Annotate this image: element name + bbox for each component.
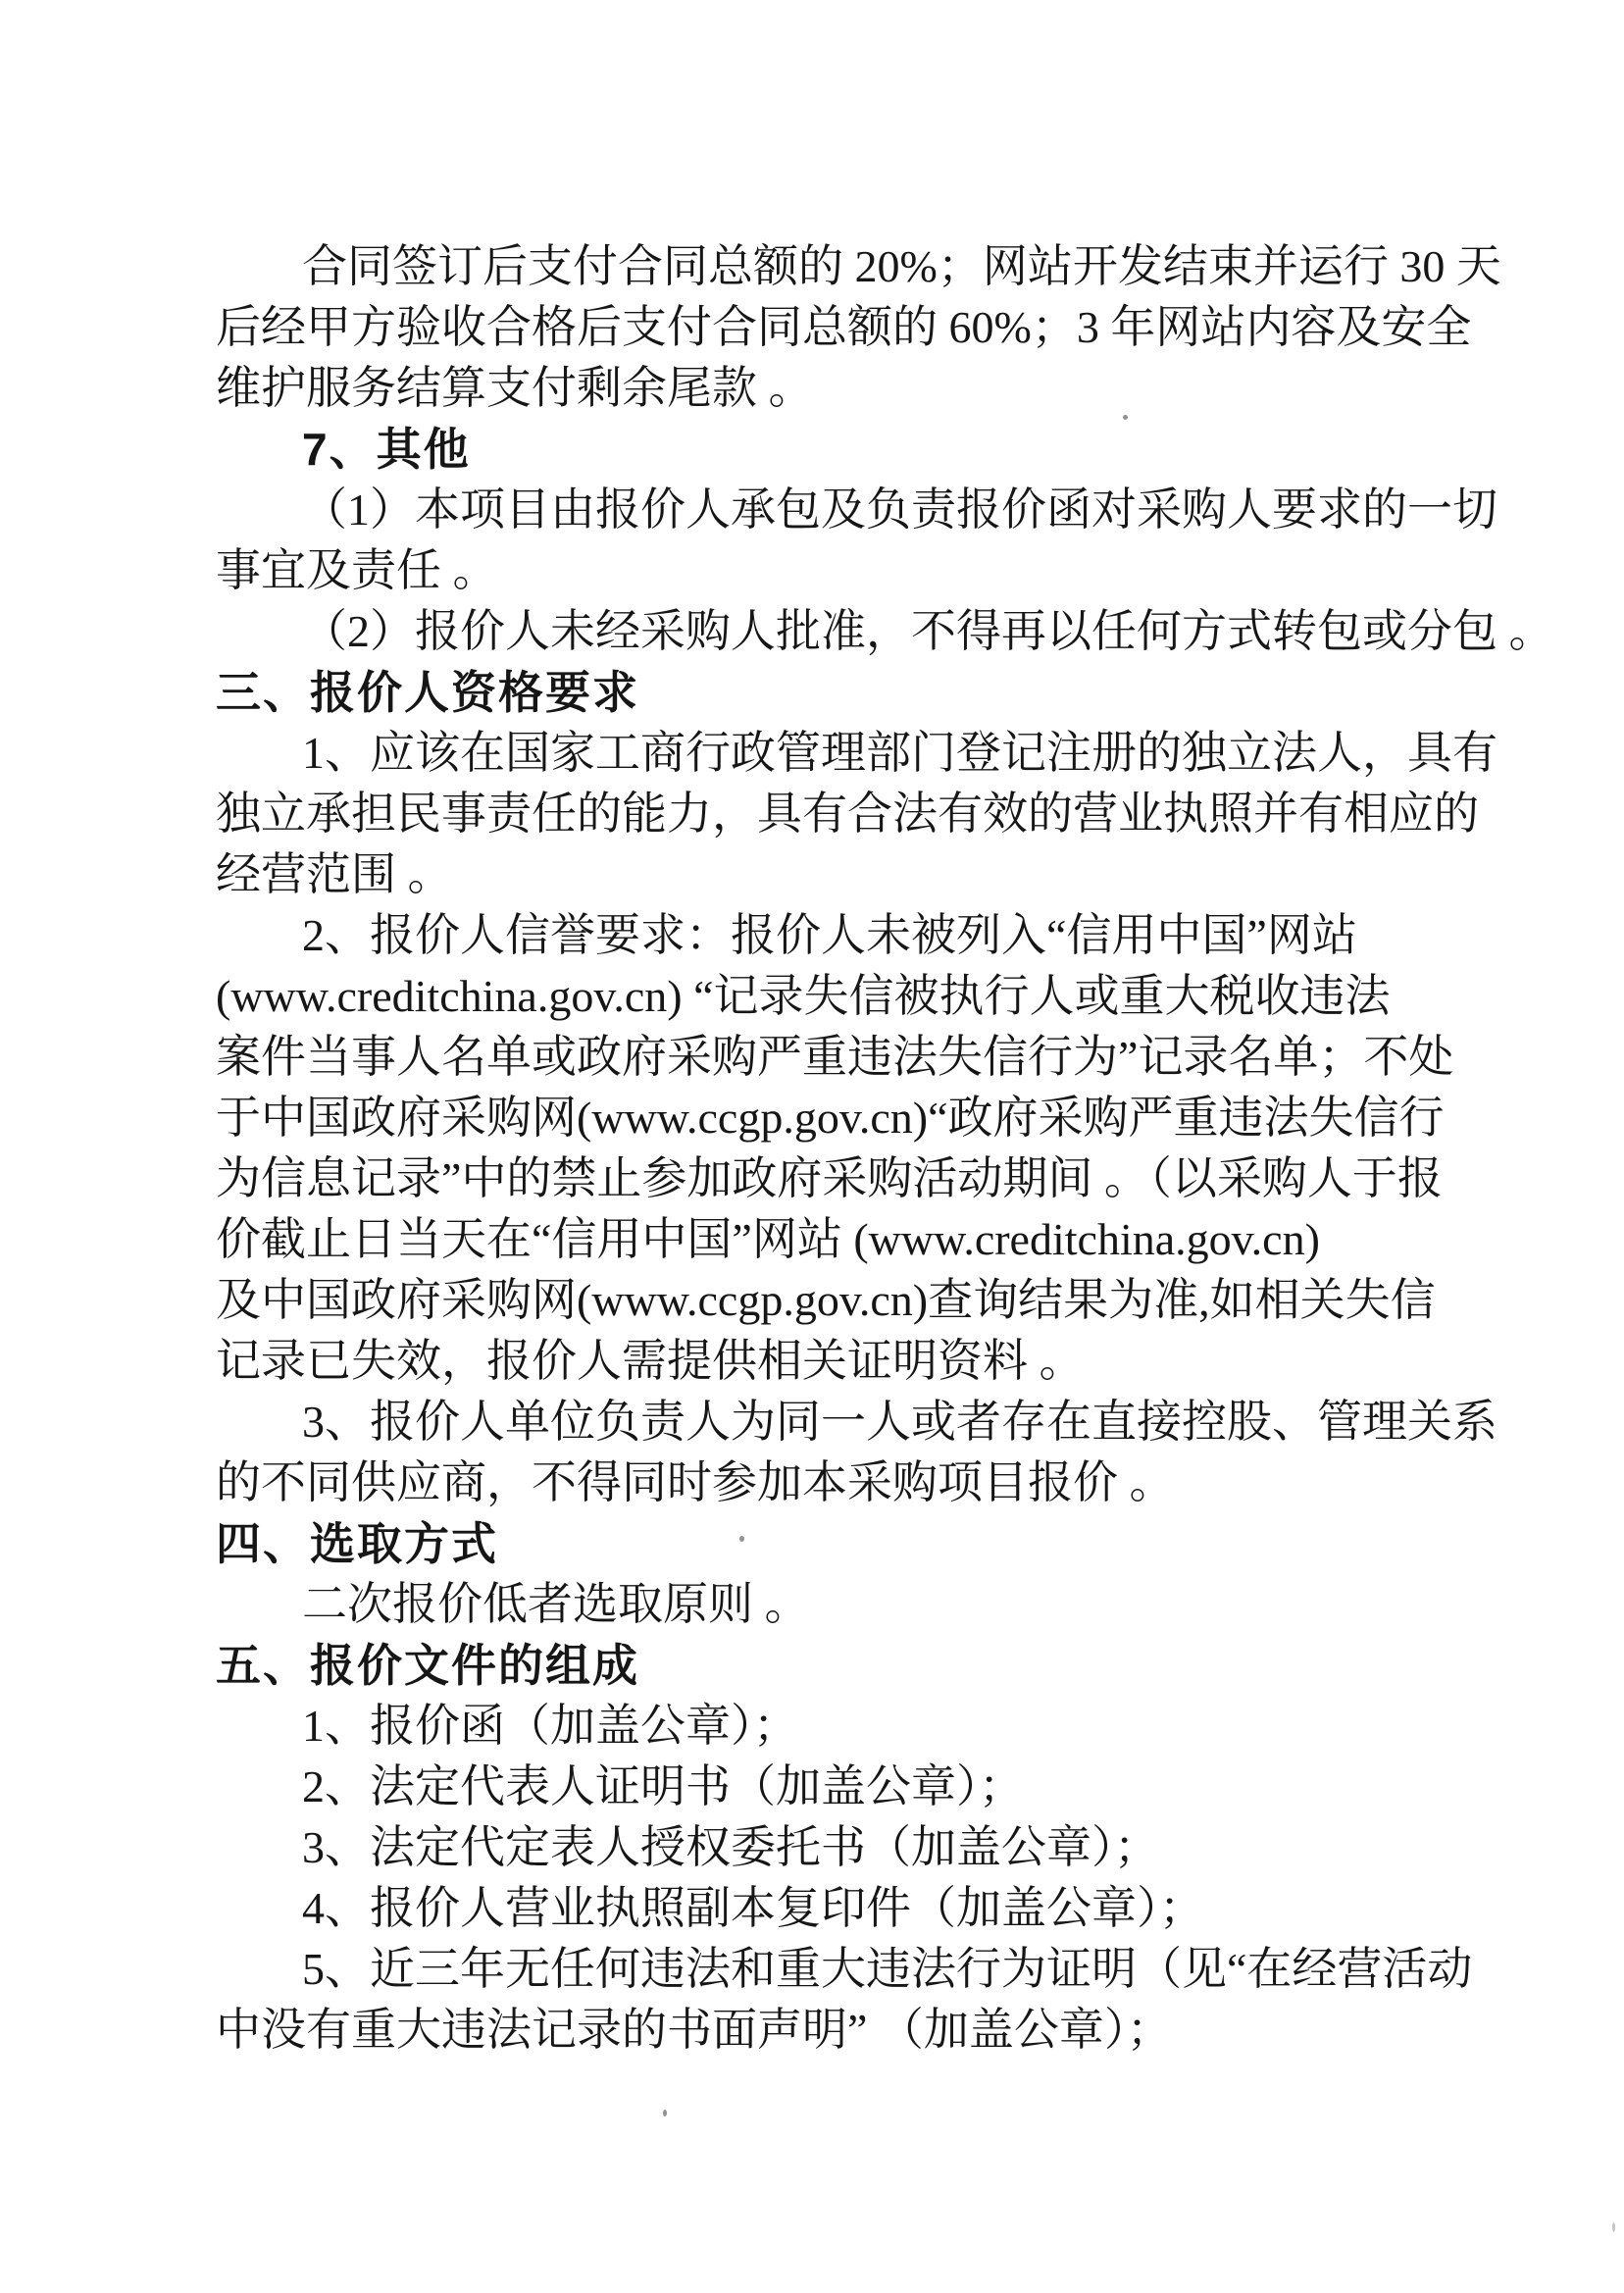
text-line: 1、报价函（加盖公章）； — [216, 1696, 1437, 1757]
scanned-document-page: 合同签订后支付合同总额的 20%；网站开发结束并运行 30 天后经甲方验收合格后… — [0, 0, 1624, 2293]
text-line: 于中国政府采购网(www.ccgp.gov.cn)“政府采购严重违法失信行 — [216, 1088, 1437, 1148]
document-text-block: 合同签订后支付合同总额的 20%；网站开发结束并运行 30 天后经甲方验收合格后… — [216, 236, 1437, 2061]
text-line: 价截止日当天在“信用中国”网站 (www.creditchina.gov.cn) — [216, 1209, 1437, 1270]
text-line: 中没有重大违法记录的书面声明” （加盖公章）； — [216, 2000, 1437, 2061]
text-line: (www.creditchina.gov.cn) “记录失信被执行人或重大税收违… — [216, 966, 1437, 1027]
text-line: （2）报价人未经采购人批准，不得再以任何方式转包或分包 。 — [216, 601, 1437, 662]
text-line: 维护服务结算支付剩余尾款 。 — [216, 358, 1437, 419]
text-line: 为信息记录”中的禁止参加政府采购活动期间 。（以采购人于报 — [216, 1148, 1437, 1209]
scan-speck — [1612, 2222, 1615, 2232]
heading-line: 7、其他 — [216, 419, 1437, 480]
scan-speck — [663, 2110, 667, 2116]
text-line: 合同签订后支付合同总额的 20%；网站开发结束并运行 30 天 — [216, 236, 1437, 297]
text-line: （1）本项目由报价人承包及负责报价函对采购人要求的一切 — [216, 480, 1437, 540]
heading-line: 五、报价文件的组成 — [216, 1635, 1437, 1696]
heading-line: 四、选取方式 — [216, 1513, 1437, 1574]
text-line: 后经甲方验收合格后支付合同总额的 60%；3 年网站内容及安全 — [216, 297, 1437, 358]
text-line: 记录已失效，报价人需提供相关证明资料 。 — [216, 1331, 1437, 1392]
heading-line: 三、报价人资格要求 — [216, 662, 1437, 723]
text-line: 案件当事人名单或政府采购严重违法失信行为”记录名单；不处 — [216, 1027, 1437, 1088]
text-line: 独立承担民事责任的能力，具有合法有效的营业执照并有相应的 — [216, 784, 1437, 844]
text-line: 3、报价人单位负责人为同一人或者存在直接控股、管理关系 — [216, 1392, 1437, 1452]
scan-speck — [1123, 415, 1128, 420]
text-line: 事宜及责任 。 — [216, 540, 1437, 601]
text-line: 4、报价人营业执照副本复印件（加盖公章）； — [216, 1878, 1437, 1939]
text-line: 及中国政府采购网(www.ccgp.gov.cn)查询结果为准,如相关失信 — [216, 1270, 1437, 1331]
text-line: 5、近三年无任何违法和重大违法行为证明（见“在经营活动 — [216, 1939, 1437, 2000]
text-line: 的不同供应商，不得同时参加本采购项目报价 。 — [216, 1452, 1437, 1513]
text-line: 1、应该在国家工商行政管理部门登记注册的独立法人，具有 — [216, 723, 1437, 784]
text-line: 二次报价低者选取原则 。 — [216, 1574, 1437, 1635]
text-line: 2、法定代表人证明书（加盖公章）； — [216, 1757, 1437, 1817]
text-line: 经营范围 。 — [216, 844, 1437, 905]
text-line: 3、法定代定表人授权委托书（加盖公章）； — [216, 1817, 1437, 1878]
scan-speck — [739, 1536, 744, 1542]
text-line: 2、报价人信誉要求：报价人未被列入“信用中国”网站 — [216, 905, 1437, 966]
